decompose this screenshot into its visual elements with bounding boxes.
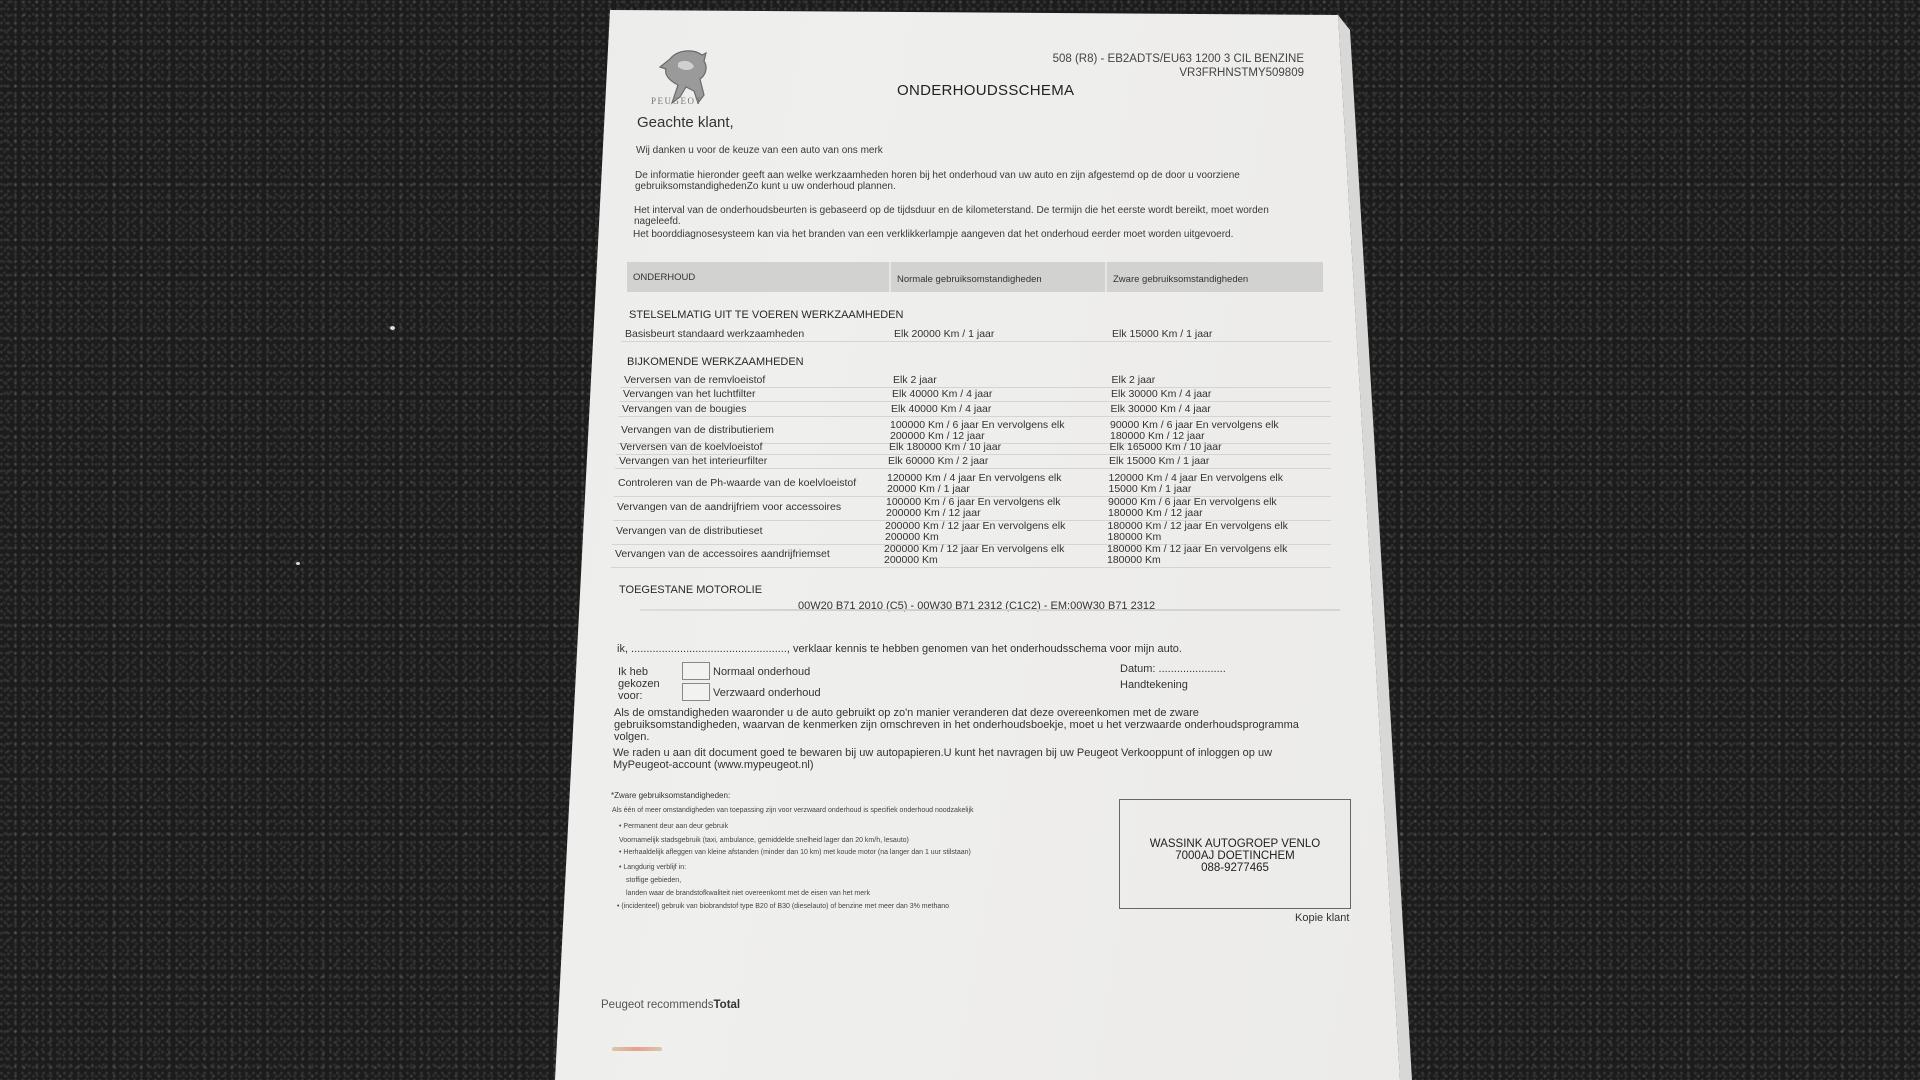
table-header: ONDERHOUD Normale gebruiksomstandigheden… (627, 262, 1323, 292)
recommendation-brand: Total (714, 999, 741, 1011)
footnote-line: • Langdurig verblijf in: (619, 863, 686, 872)
task-cell: Vervangen van het luchtfilter (623, 389, 756, 400)
chosen-label-line: gekozen (618, 678, 660, 690)
section-title: BIJKOMENDE WERKZAAMHEDEN (627, 356, 804, 368)
footnote-line: stoffige gebieden, (626, 876, 681, 885)
task-cell: Vervangen van de bougies (622, 404, 746, 415)
footnote-line: • (incidenteel) gebruik van biobrandstof… (617, 902, 949, 911)
declaration-text: ik, ....................................… (617, 644, 1182, 655)
task-cell: Vervangen van de distributieriem (621, 425, 774, 436)
vehicle-vin: VR3FRHNSTMY509809 (1040, 66, 1304, 80)
pen-mark (612, 1047, 662, 1051)
heavy-interval-cell: Elk 15000 Km / 1 jaar (1112, 329, 1212, 340)
section-title: STELSELMATIG UIT TE VOEREN WERKZAAMHEDEN (629, 309, 903, 321)
normal-interval-cell: Elk 2 jaar (893, 375, 937, 386)
task-cell: Controleren van de Ph-waarde van de koel… (618, 478, 856, 489)
normal-interval-cell: 100000 Km / 6 jaar En vervolgens elk2000… (886, 497, 1061, 519)
intro-thanks: Wij danken u voor de keuze van een auto … (636, 145, 883, 156)
footnote-line: • Permanent deur aan deur gebruik (619, 822, 728, 831)
oil-section-title: TOEGESTANE MOTOROLIE (619, 584, 762, 596)
signature-field[interactable]: Handtekening (1120, 680, 1188, 691)
task-cell: Verversen van de koelvloeistof (620, 442, 762, 453)
heavy-maintenance-checkbox[interactable] (682, 683, 710, 701)
intro-diagnosis: Het boorddiagnosesysteem kan via het bra… (633, 229, 1233, 240)
heavy-interval-cell: 120000 Km / 4 jaar En vervolgens elk1500… (1109, 473, 1284, 495)
column-header-task: ONDERHOUD (633, 272, 695, 283)
heavy-interval-cell: 90000 Km / 6 jaar En vervolgens elk18000… (1108, 497, 1277, 519)
vehicle-model: 508 (R8) - EB2ADTS/EU63 1200 3 CIL BENZI… (1040, 52, 1304, 66)
heavy-interval-cell: Elk 30000 Km / 4 jaar (1111, 389, 1211, 400)
paragraph-line: gebruiksomstandigheden, waarvan de kenme… (614, 719, 1299, 731)
normal-maintenance-checkbox[interactable] (682, 662, 710, 680)
normal-interval-cell: 200000 Km / 12 jaar En vervolgens elk200… (885, 521, 1065, 543)
circumstances-paragraph: Als de omstandigheden waaronder u de aut… (614, 707, 1299, 743)
dealer-box: WASSINK AUTOGROEP VENLO 7000AJ DOETINCHE… (1119, 799, 1351, 909)
keep-document-paragraph: We raden u aan dit document goed te bewa… (613, 747, 1272, 771)
row-divider (619, 401, 1331, 402)
heavy-interval-cell: Elk 2 jaar (1112, 375, 1156, 386)
chosen-label-line: voor: (618, 690, 660, 702)
oil-divider (640, 609, 1340, 611)
heavy-maintenance-label: Verzwaard onderhoud (713, 688, 821, 699)
row-divider (611, 567, 1331, 568)
intro-interval-line: nageleefd. (634, 216, 1269, 227)
normal-maintenance-label: Normaal onderhoud (713, 667, 810, 678)
footnote-title: *Zware gebruiksomstandigheden: (611, 791, 730, 800)
recommendation-prefix: Peugeot recommends (601, 999, 714, 1011)
dealer-phone: 088-9277465 (1120, 862, 1350, 874)
normal-interval-cell: 100000 Km / 6 jaar En vervolgens elk2000… (890, 420, 1065, 442)
column-divider (1105, 262, 1107, 292)
maintenance-schedule-document: PEUGEOT 508 (R8) - EB2ADTS/EU63 1200 3 C… (0, 0, 1920, 1080)
column-header-normal: Normale gebruiksomstandigheden (897, 274, 1042, 285)
normal-interval-cell: Elk 180000 Km / 10 jaar (889, 442, 1001, 453)
paragraph-line: volgen. (614, 731, 1299, 743)
normal-interval-cell: 120000 Km / 4 jaar En vervolgens elk2000… (887, 473, 1062, 495)
footnote-line: Voornamelijk stadsgebruik (taxi, ambulan… (619, 836, 909, 845)
heavy-interval-cell: Elk 165000 Km / 10 jaar (1110, 442, 1222, 453)
task-cell: Vervangen van de aandrijfriem voor acces… (617, 502, 841, 513)
task-cell: Vervangen van de distributieset (616, 526, 763, 537)
intro-info-line: gebruiksomstandighedenZo kunt u uw onder… (635, 181, 1240, 192)
heavy-interval-cell: Elk 15000 Km / 1 jaar (1109, 456, 1209, 467)
task-cell: Verversen van de remvloeistof (624, 375, 765, 386)
intro-interval-line: Het interval van de onderhoudsbeurten is… (634, 205, 1269, 216)
normal-interval-cell: Elk 40000 Km / 4 jaar (892, 389, 992, 400)
heavy-interval-cell: 180000 Km / 12 jaar En vervolgens elk180… (1108, 521, 1288, 543)
vehicle-info: 508 (R8) - EB2ADTS/EU63 1200 3 CIL BENZI… (1040, 52, 1304, 80)
task-cell: Vervangen van het interieurfilter (619, 456, 767, 467)
dealer-name: WASSINK AUTOGROEP VENLO (1120, 838, 1350, 850)
footnote-line: • Herhaaldelijk afleggen van kleine afst… (619, 848, 971, 857)
chosen-label-line: Ik heb (618, 666, 660, 678)
heavy-interval-cell: Elk 30000 Km / 4 jaar (1111, 404, 1211, 415)
greeting: Geachte klant, (637, 114, 734, 131)
column-header-heavy: Zware gebruiksomstandigheden (1113, 274, 1248, 285)
document-title: ONDERHOUDSSCHEMA (897, 82, 1074, 99)
footnote-line: landen waar de brandstofkwaliteit niet o… (626, 889, 870, 898)
row-divider (621, 341, 1331, 342)
date-field[interactable]: Datum: ...................... (1120, 664, 1226, 675)
paragraph-line: Als de omstandigheden waaronder u de aut… (614, 707, 1299, 719)
recommendation: Peugeot recommendsTotal (601, 999, 740, 1011)
peugeot-logo-text: PEUGEOT (651, 96, 703, 106)
chosen-label: Ik heb gekozen voor: (618, 666, 660, 702)
paragraph-line: We raden u aan dit document goed te bewa… (613, 747, 1272, 759)
row-divider (618, 416, 1331, 417)
normal-interval-cell: Elk 40000 Km / 4 jaar (891, 404, 991, 415)
heavy-interval-cell: 180000 Km / 12 jaar En vervolgens elk180… (1107, 544, 1287, 566)
dealer-address: 7000AJ DOETINCHEM (1120, 850, 1350, 862)
normal-interval-cell: 200000 Km / 12 jaar En vervolgens elk200… (884, 544, 1064, 566)
task-cell: Vervangen van de accessoires aandrijfrie… (615, 549, 830, 560)
intro-info: De informatie hieronder geeft aan welke … (635, 170, 1240, 192)
paragraph-line: MyPeugeot-account (www.mypeugeot.nl) (613, 759, 1272, 771)
dealer-info: WASSINK AUTOGROEP VENLO 7000AJ DOETINCHE… (1120, 838, 1350, 874)
normal-interval-cell: Elk 60000 Km / 2 jaar (888, 456, 988, 467)
heavy-interval-cell: 90000 Km / 6 jaar En vervolgens elk18000… (1110, 420, 1279, 442)
intro-info-line: De informatie hieronder geeft aan welke … (635, 170, 1240, 181)
row-divider (615, 468, 1331, 469)
copy-label: Kopie klant (1295, 913, 1349, 924)
footnote-line: Als één of meer omstandigheden van toepa… (612, 806, 974, 815)
normal-interval-cell: Elk 20000 Km / 1 jaar (894, 329, 994, 340)
intro-interval: Het interval van de onderhoudsbeurten is… (634, 205, 1269, 227)
column-divider (889, 262, 891, 292)
task-cell: Basisbeurt standaard werkzaamheden (625, 329, 804, 340)
